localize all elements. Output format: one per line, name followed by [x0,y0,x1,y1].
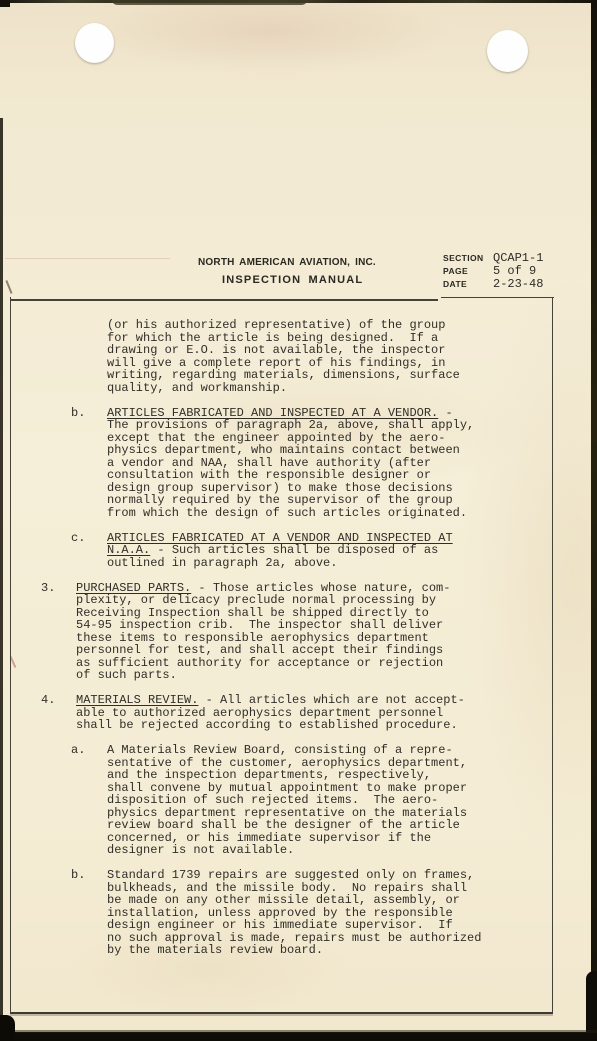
paper-crease-line [5,258,170,259]
scan-corner-top-left [0,0,10,7]
paragraph-text: ARTICLES FABRICATED AT A VENDOR AND INSP… [107,532,453,570]
paragraph-2b: b. ARTICLES FABRICATED AND INSPECTED AT … [11,407,552,520]
scanned-document-page: NORTH AMERICAN AVIATION, INC. INSPECTION… [0,0,597,1041]
paragraph-body: A Materials Review Board, consisting of … [107,743,467,857]
paragraph-text: (or his authorized representative) of th… [107,319,460,394]
page-label: PAGE [443,265,493,278]
scan-edge-top-blob [112,0,307,5]
paragraph-body: (or his authorized representative) of th… [107,318,460,395]
paragraph-text: MATERIALS REVIEW. - All articles which a… [76,694,465,732]
section-label: SECTION [443,252,493,265]
scan-corner-bottom-left [0,1015,15,1041]
scan-edge-bottom-fade [0,1030,597,1033]
paragraph-continuation-2a: (or his authorized representative) of th… [11,319,552,394]
meta-row-date: DATE2-23-48 [443,278,543,291]
scan-edge-right [591,0,597,1041]
paragraph-body: Standard 1739 repairs are suggested only… [107,868,481,957]
paragraph-4a: a. A Materials Review Board, consisting … [11,744,552,857]
paragraph-marker: c. [71,532,107,570]
scan-edge-left [0,118,3,1041]
company-name: NORTH AMERICAN AVIATION, INC. [198,257,376,269]
paragraph-marker: 3. [41,582,76,682]
paragraph-marker: a. [71,744,107,857]
header-meta-block: SECTIONQCAP1-1 PAGE5 of 9 DATE2-23-48 [443,252,543,291]
paragraph-4b: b. Standard 1739 repairs are suggested o… [11,869,552,957]
paragraph-text: PURCHASED PARTS. - Those articles whose … [76,582,450,682]
punch-hole-left [75,23,114,63]
paragraph-text: ARTICLES FABRICATED AND INSPECTED AT A V… [107,407,474,520]
paragraph-marker: b. [71,869,107,957]
content-box: (or his authorized representative) of th… [10,297,553,1014]
paragraph-2c: c. ARTICLES FABRICATED AT A VENDOR AND I… [11,532,552,570]
paragraph-body: - The provisions of paragraph 2a, above,… [107,406,474,520]
paragraph-text: A Materials Review Board, consisting of … [107,744,467,857]
punch-hole-right [487,30,528,72]
paragraph-text: Standard 1739 repairs are suggested only… [107,869,481,957]
pen-mark-top-left [5,280,12,294]
date-value: 2-23-48 [493,278,543,291]
paragraph-4-materials-review: 4. MATERIALS REVIEW. - All articles whic… [11,694,552,732]
paragraph-marker: b. [71,407,107,520]
date-label: DATE [443,278,493,291]
paragraph-marker: 4. [41,694,76,732]
paragraph-marker [71,319,107,394]
paragraph-body: - Such articles shall be disposed of as … [107,543,438,570]
paragraph-body: - Those articles whose nature, com- plex… [76,581,450,683]
paragraph-3-purchased-parts: 3. PURCHASED PARTS. - Those articles who… [11,582,552,682]
manual-title: INSPECTION MANUAL [222,274,363,287]
scan-edge-bottom [0,1032,597,1041]
